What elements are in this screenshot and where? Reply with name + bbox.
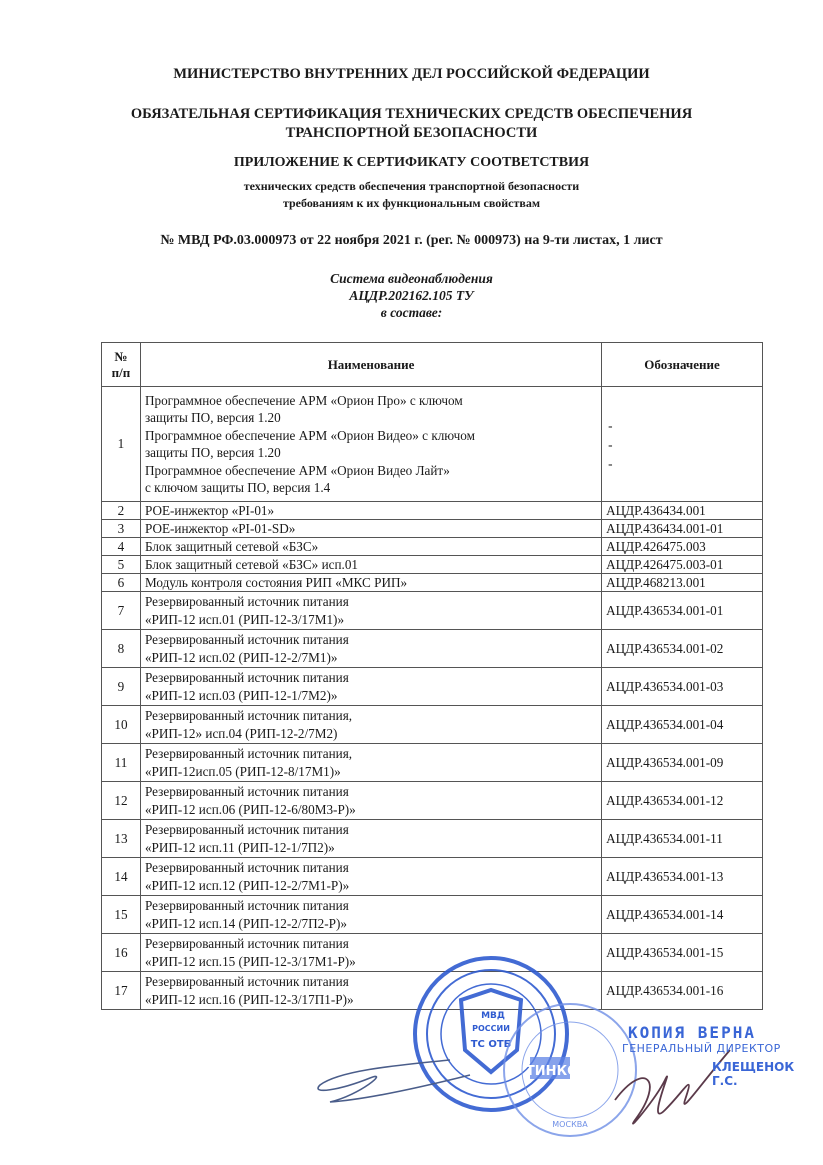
stamp-text-company: ТИНКО (526, 1064, 578, 1079)
row-number: 4 (102, 538, 141, 556)
row-number: 8 (102, 630, 141, 668)
row-number: 10 (102, 706, 141, 744)
row-name: Резервированный источник питания«РИП-12 … (140, 858, 601, 896)
row-designation: АЦДР.436534.001-15 (602, 934, 763, 972)
row-name: Резервированный источник питания«РИП-12 … (140, 630, 601, 668)
appendix-subtitle: технических средств обеспечения транспор… (0, 178, 823, 212)
signature-right (605, 1040, 735, 1150)
composition-label: в составе: (0, 304, 823, 321)
row-number: 2 (102, 502, 141, 520)
table-row: 17Резервированный источник питания«РИП-1… (102, 972, 763, 1010)
row-name: Программное обеспечение АРМ «Орион Про» … (140, 387, 601, 502)
ministry-title: МИНИСТЕРСТВО ВНУТРЕННИХ ДЕЛ РОССИЙСКОЙ Ф… (0, 66, 823, 83)
row-name: Резервированный источник питания«РИП-12 … (140, 592, 601, 630)
appendix-subtitle-line1: технических средств обеспечения транспор… (0, 178, 823, 195)
row-number: 1 (102, 387, 141, 502)
row-designation: АЦДР.436434.001-01 (602, 520, 763, 538)
row-number: 16 (102, 934, 141, 972)
row-designation: АЦДР.436534.001-12 (602, 782, 763, 820)
director-title-stamp: ГЕНЕРАЛЬНЫЙ ДИРЕКТОР (622, 1042, 781, 1055)
table-row: 1 Программное обеспечение АРМ «Орион Про… (102, 387, 763, 502)
system-block: Система видеонаблюдения АЦДР.202162.105 … (0, 270, 823, 321)
table-row: 10Резервированный источник питания,«РИП-… (102, 706, 763, 744)
row-designation: АЦДР.436534.001-02 (602, 630, 763, 668)
row-designation: АЦДР.436534.001-13 (602, 858, 763, 896)
row-name: Модуль контроля состояния РИП «МКС РИП» (140, 574, 601, 592)
row-name: Резервированный источник питания«РИП-12 … (140, 934, 601, 972)
stamp-text-ts-otb: ТС ОТБ (471, 1039, 512, 1050)
row-name: Блок защитный сетевой «БЗС» (140, 538, 601, 556)
row-designation: АЦДР.426475.003-01 (602, 556, 763, 574)
row-name: Блок защитный сетевой «БЗС» исп.01 (140, 556, 601, 574)
table-header-row: № п/п Наименование Обозначение (102, 343, 763, 387)
row-designation: АЦДР.436534.001-14 (602, 896, 763, 934)
row-designation: АЦДР.436534.001-09 (602, 744, 763, 782)
row-number: 11 (102, 744, 141, 782)
row-designation: - - - (602, 387, 763, 502)
appendix-subtitle-line2: требованиям к их функциональным свойства… (0, 195, 823, 212)
row-name: Резервированный источник питания,«РИП-12… (140, 706, 601, 744)
row-name: РОЕ-инжектор «PI-01-SD» (140, 520, 601, 538)
stamp-text-mvd: МВД (481, 1011, 505, 1021)
row-name: РОЕ-инжектор «PI-01» (140, 502, 601, 520)
company-round-stamp: ТИНКО МОСКВА (500, 995, 640, 1145)
row-number: 9 (102, 668, 141, 706)
row-designation: АЦДР.426475.003 (602, 538, 763, 556)
table-row: 3РОЕ-инжектор «PI-01-SD»АЦДР.436434.001-… (102, 520, 763, 538)
row-designation: АЦДР.436534.001-01 (602, 592, 763, 630)
row-number: 7 (102, 592, 141, 630)
copy-verified-stamp: КОПИЯ ВЕРНА (628, 1023, 756, 1042)
header-designation: Обозначение (602, 343, 763, 387)
row-name: Резервированный источник питания«РИП-12 … (140, 896, 601, 934)
system-name: Система видеонаблюдения (0, 270, 823, 287)
table-row: 2РОЕ-инжектор «PI-01»АЦДР.436434.001 (102, 502, 763, 520)
table-row: 8Резервированный источник питания«РИП-12… (102, 630, 763, 668)
row-number: 14 (102, 858, 141, 896)
certificate-number: № МВД РФ.03.000973 от 22 ноября 2021 г. … (0, 233, 823, 249)
table-row: 4Блок защитный сетевой «БЗС»АЦДР.426475.… (102, 538, 763, 556)
certification-title-line1: ОБЯЗАТЕЛЬНАЯ СЕРТИФИКАЦИЯ ТЕХНИЧЕСКИХ СР… (0, 105, 823, 124)
signature-left (300, 1040, 500, 1110)
row-number: 5 (102, 556, 141, 574)
row-number: 17 (102, 972, 141, 1010)
row-name: Резервированный источник питания«РИП-12 … (140, 668, 601, 706)
row-name: Резервированный источник питания«РИП-12 … (140, 820, 601, 858)
row-number: 15 (102, 896, 141, 934)
table-row: 6Модуль контроля состояния РИП «МКС РИП»… (102, 574, 763, 592)
appendix-title: ПРИЛОЖЕНИЕ К СЕРТИФИКАТУ СООТВЕТСТВИЯ (0, 155, 823, 171)
row-designation: АЦДР.436534.001-04 (602, 706, 763, 744)
certification-title-line2: ТРАНСПОРТНОЙ БЕЗОПАСНОСТИ (0, 124, 823, 143)
table-row: 12Резервированный источник питания«РИП-1… (102, 782, 763, 820)
table-row: 13Резервированный источник питания«РИП-1… (102, 820, 763, 858)
row-number: 13 (102, 820, 141, 858)
row-designation: АЦДР.436534.001-11 (602, 820, 763, 858)
stamp-text-city: МОСКВА (552, 1120, 588, 1129)
table-row: 9Резервированный источник питания«РИП-12… (102, 668, 763, 706)
certification-title: ОБЯЗАТЕЛЬНАЯ СЕРТИФИКАЦИЯ ТЕХНИЧЕСКИХ СР… (0, 105, 823, 143)
composition-table: № п/п Наименование Обозначение 1 Програм… (101, 342, 763, 1010)
table-row: 15Резервированный источник питания«РИП-1… (102, 896, 763, 934)
row-number: 12 (102, 782, 141, 820)
row-designation: АЦДР.436534.001-03 (602, 668, 763, 706)
stamp-text-russia: РОССИИ (472, 1024, 510, 1033)
header-number: № п/п (102, 343, 141, 387)
table-row: 14Резервированный источник питания«РИП-1… (102, 858, 763, 896)
table-row: 16Резервированный источник питания«РИП-1… (102, 934, 763, 972)
row-name: Резервированный источник питания,«РИП-12… (140, 744, 601, 782)
row-designation: АЦДР.436534.001-16 (602, 972, 763, 1010)
table-row: 7Резервированный источник питания«РИП-12… (102, 592, 763, 630)
table-row: 11Резервированный источник питания,«РИП-… (102, 744, 763, 782)
row-name: Резервированный источник питания«РИП-12 … (140, 972, 601, 1010)
table-row: 5Блок защитный сетевой «БЗС» исп.01АЦДР.… (102, 556, 763, 574)
system-code: АЦДР.202162.105 ТУ (0, 287, 823, 304)
row-name: Резервированный источник питания«РИП-12 … (140, 782, 601, 820)
row-number: 6 (102, 574, 141, 592)
row-number: 3 (102, 520, 141, 538)
row-designation: АЦДР.468213.001 (602, 574, 763, 592)
header-name: Наименование (140, 343, 601, 387)
director-name-stamp: КЛЕЩЕНОК Г.С. (712, 1060, 823, 1088)
row-designation: АЦДР.436434.001 (602, 502, 763, 520)
